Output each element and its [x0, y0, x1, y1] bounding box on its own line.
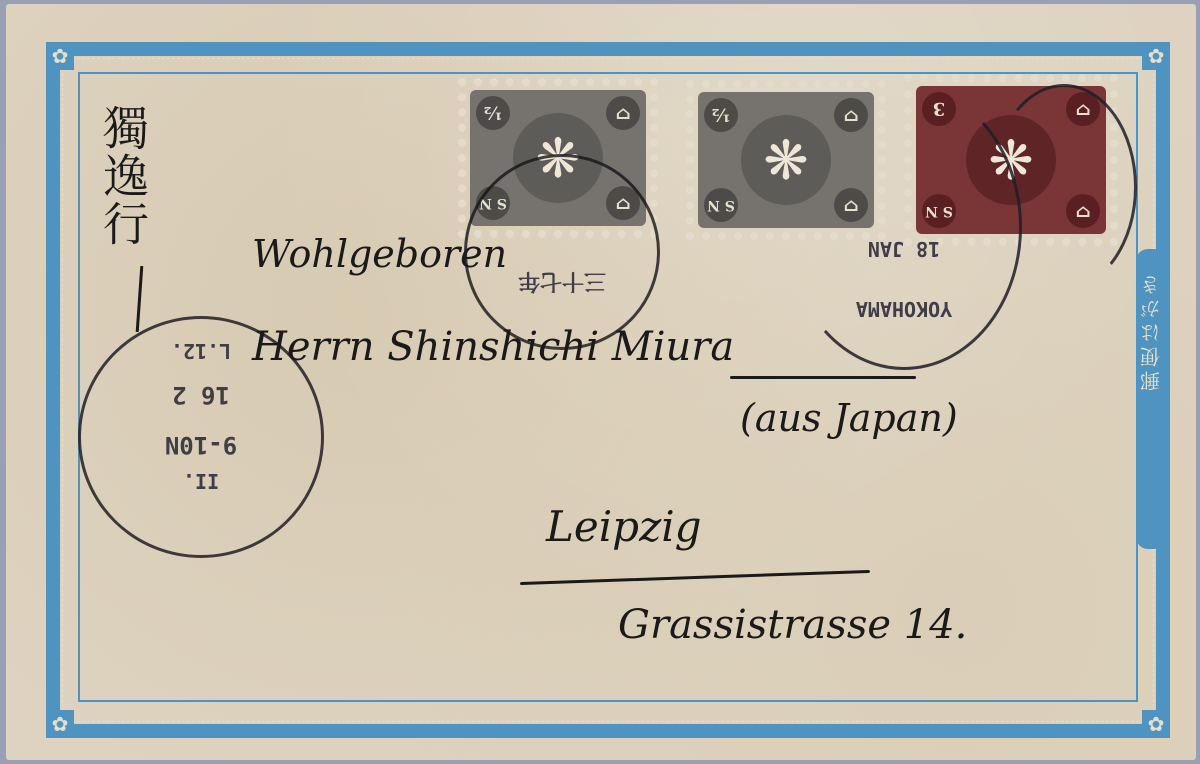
postmark-line: II. — [81, 469, 321, 493]
flower-corner-icon: ✿ — [1142, 42, 1170, 70]
postal-card-label: 郵便はがき — [1136, 271, 1166, 391]
stamp-denomination: ½ — [476, 96, 510, 130]
cancel-ring — [991, 84, 1137, 290]
flower-corner-icon: ✿ — [1142, 710, 1170, 738]
yokohama-postmark-city: YOKOHAMA — [789, 297, 1019, 321]
address-street: Grassistrasse 14. — [618, 602, 967, 648]
name-underline — [730, 376, 916, 379]
stamp-denomination: ½ — [704, 98, 738, 132]
address-salutation: Wohlgeboren — [252, 232, 507, 276]
postmark-line: 9-10N — [81, 431, 321, 459]
address-recipient-name: Herrn Shinshichi Miura — [252, 324, 734, 370]
postal-card-label-panel: 郵便はがき — [1136, 249, 1166, 549]
postmark-line: 16 2 — [81, 381, 321, 409]
address-note: (aus Japan) — [740, 396, 958, 440]
address-city: Leipzig — [546, 502, 702, 551]
crest-icon: ⌂ — [606, 96, 640, 130]
destination-note-japanese: 獨逸行 — [90, 104, 156, 248]
stamp-currency: S N — [704, 188, 738, 222]
postcard: ✿ ✿ ✿ ✿ 郵便はがき ❋ ½ S N ⌂ ⌂ ❋ ½ S N ⌂ ⌂ ❋ … — [6, 4, 1196, 760]
yokohama-postmark-date: 18 JAN — [789, 237, 1019, 261]
flower-corner-icon: ✿ — [46, 42, 74, 70]
flower-corner-icon: ✿ — [46, 710, 74, 738]
yokohama-postmark: 18 JAN YOKOHAMA — [786, 84, 1022, 370]
